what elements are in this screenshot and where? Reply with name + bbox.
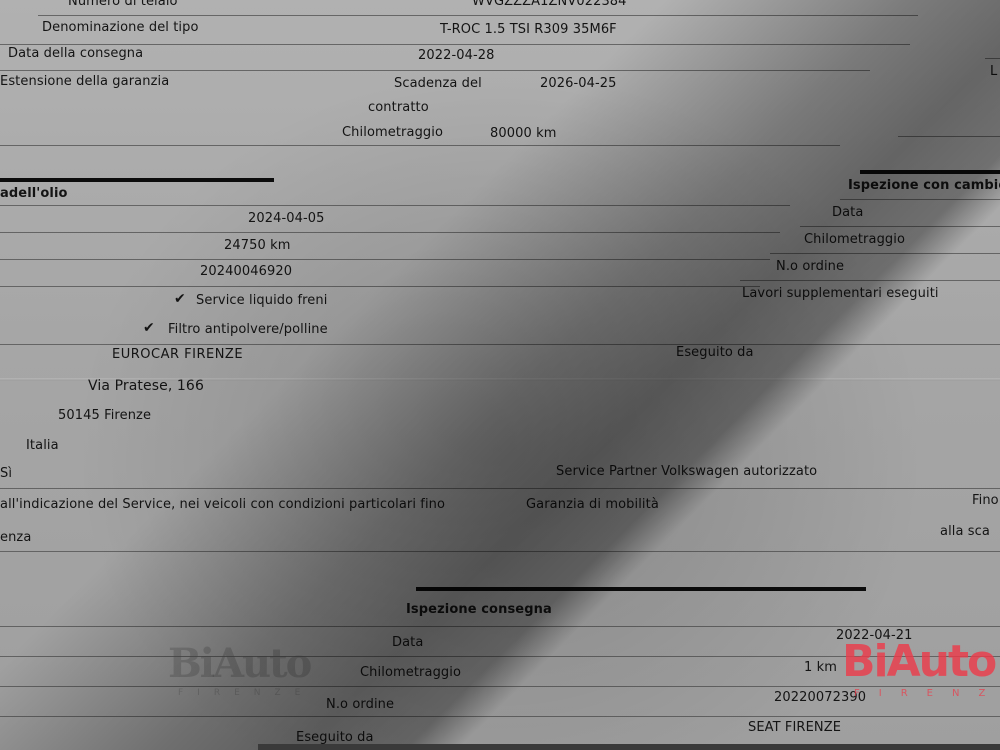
delivery-date-label-2: Data [392, 635, 423, 650]
contract-expiry-label: Scadenza del [394, 76, 482, 91]
divider [0, 259, 770, 260]
type-label: Denominazione del tipo [42, 20, 199, 35]
divider [898, 136, 1000, 137]
divider [0, 232, 780, 233]
checkmark-icon: ✔ [143, 320, 155, 336]
contract-expiry-label-2: contratto [368, 100, 429, 115]
delivery-mileage-label: Chilometraggio [360, 665, 461, 680]
section-bar [416, 587, 866, 591]
divider [0, 626, 1000, 627]
service-partner-label: Service Partner Volkswagen autorizzato [556, 464, 817, 479]
mobility-guarantee-label: Garanzia di mobilità [526, 497, 659, 512]
dealer-name: EUROCAR FIRENZE [112, 347, 243, 362]
delivery-date-label: Data della consegna [8, 46, 143, 61]
frame-number-label: Numero di telaio [68, 0, 178, 9]
service-mileage-value: 24750 km [224, 238, 290, 253]
divider [0, 205, 790, 206]
delivery-mileage-value: 1 km [804, 660, 837, 675]
divider [0, 488, 1000, 489]
divider [0, 70, 870, 71]
watermark-sub-gray: FIRENZE [178, 688, 314, 698]
check-item-brake-fluid: Service liquido freni [196, 293, 327, 308]
service-order-value: 20240046920 [200, 264, 292, 279]
divider [740, 280, 1000, 281]
type-value: T-ROC 1.5 TSI R309 35M6F [440, 22, 617, 37]
paper-fold [0, 378, 1000, 381]
service-note-line-2: enza [0, 530, 31, 545]
divider [770, 253, 1000, 254]
delivery-order-value: 20220072390 [774, 690, 866, 705]
mobility-right-1: Fino [972, 493, 999, 508]
checkmark-icon: ✔ [174, 291, 186, 307]
service-date-value: 2024-04-05 [248, 211, 325, 226]
right-date-label: Data [832, 205, 863, 220]
mileage-value: 80000 km [490, 126, 556, 141]
divider [0, 286, 760, 287]
contract-expiry-value: 2026-04-25 [540, 76, 617, 91]
warranty-extension-label: Estensione della garanzia [0, 74, 169, 89]
service-note-line-1: all'indicazione del Service, nei veicoli… [0, 497, 445, 512]
delivery-date-value: 2022-04-28 [418, 48, 495, 63]
divider [0, 551, 1000, 552]
divider [38, 15, 918, 16]
frame-number-value: WVGZZZA1ZNV022384 [472, 0, 627, 9]
delivery-order-label: N.o ordine [326, 697, 394, 712]
service-heading-fragment: adell'olio [0, 186, 68, 201]
service-book-page: Numero di telaio WVGZZZA1ZNV022384 Denom… [0, 0, 1000, 750]
right-extra-work-label: Lavori supplementari eseguiti [742, 286, 939, 301]
divider [800, 226, 1000, 227]
right-order-label: N.o ordine [776, 259, 844, 274]
divider [840, 199, 1000, 200]
mobility-right-2: alla sca [940, 524, 990, 539]
divider [0, 344, 1000, 345]
divider [0, 145, 840, 146]
divider [0, 44, 910, 45]
watermark-logo-red: BiAuto [842, 636, 995, 687]
page-bottom-edge [258, 744, 1000, 750]
cut-off-text: L [990, 64, 997, 79]
delivery-performed-by-value: SEAT FIRENZE [748, 720, 841, 735]
right-mileage-label: Chilometraggio [804, 232, 905, 247]
section-bar [860, 170, 1000, 174]
right-performed-by-label: Eseguito da [676, 345, 754, 360]
right-service-heading: Ispezione con cambio [848, 178, 1000, 193]
watermark-sub-red: FIRENZE [854, 688, 1000, 699]
dealer-city: 50145 Firenze [58, 408, 151, 423]
divider [0, 716, 1000, 717]
section-bar [0, 178, 274, 182]
yes-value: Sì [0, 466, 12, 481]
dealer-country: Italia [26, 438, 59, 453]
divider [985, 58, 1000, 59]
delivery-inspection-heading: Ispezione consegna [406, 602, 552, 617]
delivery-performed-by-label: Eseguito da [296, 730, 374, 745]
check-item-pollen-filter: Filtro antipolvere/polline [168, 322, 328, 337]
mileage-label: Chilometraggio [342, 125, 443, 140]
watermark-logo-gray: BiAuto [168, 640, 310, 687]
